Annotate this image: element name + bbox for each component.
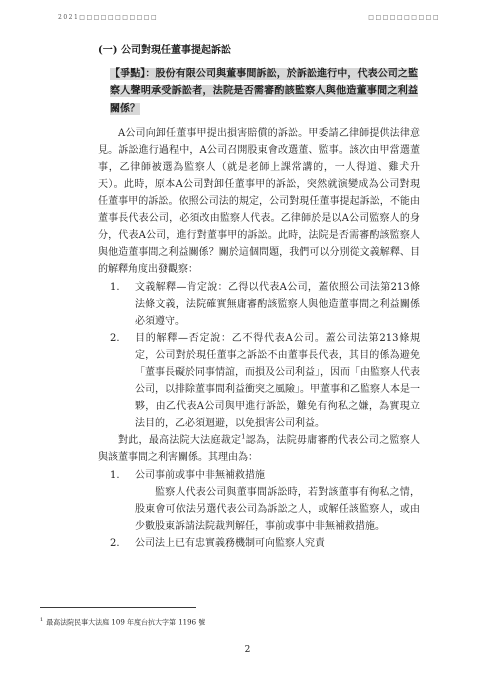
ruling-text-pre: 對此，最高法院大法庭裁定 (118, 435, 241, 446)
header-right: □□□□□□□□□□ (368, 14, 440, 21)
issue-highlight-box: 【爭點】：股份有限公司與董事間訴訟，於訴訟進行中，代表公司之監察人聲明承受訴訟者… (110, 65, 418, 118)
list-item-number: 1. (110, 279, 135, 330)
page-content: (一) 公司對現任董事提起訴訟 【爭點】：股份有限公司與董事間訴訟，於訴訟進行中… (98, 42, 420, 552)
page-header: 2021□□□□□□□□□□□ □□□□□□□□□□ (58, 14, 440, 21)
footnote: 1最高法院民事大法庭 109 年度台抗大字第 1196 號 (40, 615, 460, 627)
list-item-number: 2. (110, 330, 135, 432)
list-item-number: 1. (110, 467, 135, 535)
footnote-number: 1 (40, 617, 43, 623)
document-page: 2021□□□□□□□□□□□ □□□□□□□□□□ (一) 公司對現任董事提起… (0, 0, 495, 700)
reason-heading: 公司事前或事中非無補救措施 (135, 470, 265, 481)
section-title: (一) 公司對現任董事提起訴訟 (98, 42, 420, 59)
paragraph-court-ruling: 對此，最高法院大法庭裁定1認為，法院毋庸審酌代表公司之監察人與該董事間之利害關係… (98, 432, 420, 466)
issue-text: 【爭點】：股份有限公司與董事間訴訟，於訴訟進行中，代表公司之監察人聲明承受訴訟者… (110, 68, 418, 115)
list-item-number: 2. (110, 535, 135, 552)
footnote-divider (40, 607, 196, 608)
list-item-text: 目的解釋—否定說：乙不得代表A公司。蓋公司法第213條規定，公司對於現任董事之訴… (135, 330, 420, 432)
list-item: 1. 公司事前或事中非無補救措施 監察人代表公司與董事間訴訟時，若對該董事有徇私… (110, 467, 420, 535)
reason-heading: 公司法上已有忠實義務機制可向監察人究責 (135, 538, 325, 549)
list-item-text: 文義解釋—肯定說：乙得以代表A公司，蓋依照公司法第213條法條文義，法院確實無庸… (135, 279, 420, 330)
list-item: 2. 公司法上已有忠實義務機制可向監察人究責 (110, 535, 420, 552)
header-left: 2021□□□□□□□□□□□ (58, 14, 158, 21)
list-item: 2. 目的解釋—否定說：乙不得代表A公司。蓋公司法第213條規定，公司對於現任董… (110, 330, 420, 432)
list-item-body: 公司法上已有忠實義務機制可向監察人究責 (135, 535, 420, 552)
reasons-list: 1. 公司事前或事中非無補救措施 監察人代表公司與董事間訴訟時，若對該董事有徇私… (98, 467, 420, 552)
footnote-area: 1最高法院民事大法庭 109 年度台抗大字第 1196 號 (40, 607, 460, 627)
list-item: 1. 文義解釋—肯定說：乙得以代表A公司，蓋依照公司法第213條法條文義，法院確… (110, 279, 420, 330)
list-item-body: 公司事前或事中非無補救措施 監察人代表公司與董事間訴訟時，若對該董事有徇私之情，… (135, 467, 420, 535)
reason-detail: 監察人代表公司與董事間訴訟時，若對該董事有徇私之情，股東會可依法另選代表公司為訴… (135, 484, 420, 535)
paragraph-case-facts: A公司向卸任董事甲提出損害賠償的訴訟。甲委請乙律師提供法律意見。訴訟進行過程中，… (98, 125, 420, 278)
page-number: 2 (0, 645, 495, 655)
interpretation-list: 1. 文義解釋—肯定說：乙得以代表A公司，蓋依照公司法第213條法條文義，法院確… (98, 279, 420, 432)
footnote-text: 最高法院民事大法庭 109 年度台抗大字第 1196 號 (46, 618, 205, 626)
